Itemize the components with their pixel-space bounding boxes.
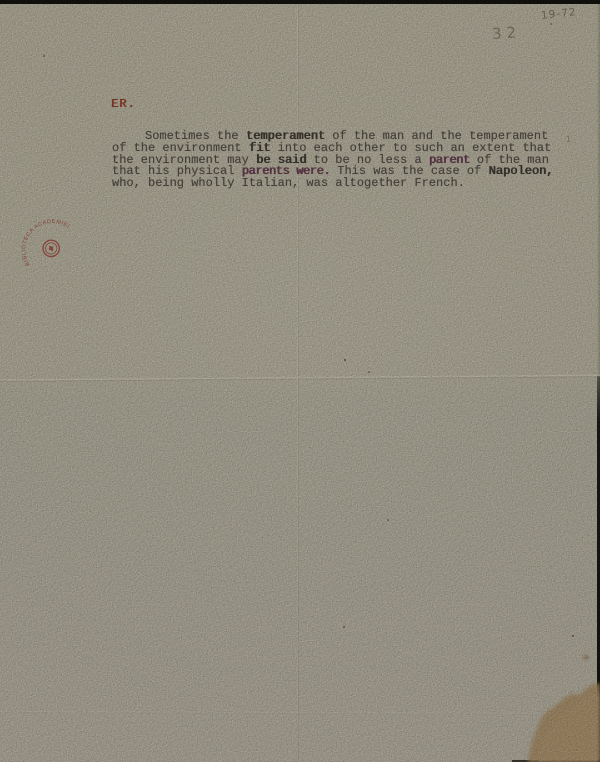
paper-stain-small (583, 655, 589, 660)
paper-sheet (0, 4, 600, 762)
paper-speck (368, 371, 370, 373)
paper-speck (387, 519, 389, 521)
typed-heading: ER. (111, 97, 136, 111)
paper-speck (343, 626, 345, 628)
stamp-emblem (40, 237, 63, 260)
stamp-arc-text: BIBLIOTECA ACADEMIEI (9, 208, 76, 267)
typed-paragraph: Sometimes the temperament of the man and… (112, 131, 553, 190)
paper-speck (344, 359, 346, 361)
scanned-document-page: 19-72 32 1 ER. Sometimes the temperament… (0, 0, 600, 762)
vertical-fold-crease (297, 4, 298, 762)
paper-speck (572, 635, 574, 637)
text-segment: who, being wholly Italian, was altogethe… (112, 176, 465, 190)
water-stain (495, 670, 600, 762)
overstruck-text: Napoleon, (488, 164, 553, 178)
pencil-faint-mark: 1 (566, 135, 571, 144)
paper-speck (43, 55, 45, 57)
pencil-page-number: 32 (491, 23, 521, 43)
pencil-dot-mark (550, 23, 552, 25)
typed-line: who, being wholly Italian, was altogethe… (112, 178, 553, 190)
